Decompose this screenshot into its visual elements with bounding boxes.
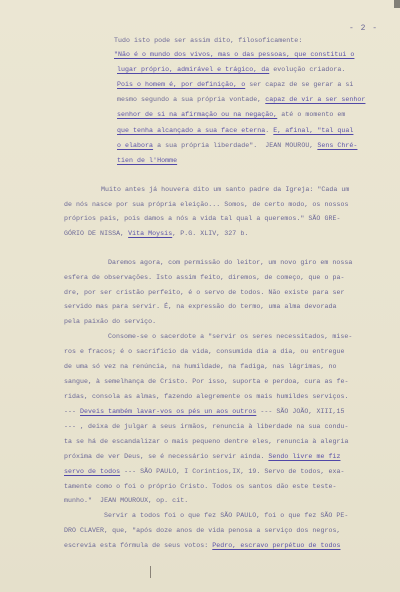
text-segment: até o momento em bbox=[277, 111, 345, 118]
text-segment: --- SÃO JOÃO, XIII,15 bbox=[256, 408, 344, 415]
text-line: ros e fracos; é o sacrifício da vida, co… bbox=[64, 347, 344, 356]
text-segment: DRO CLAVER, que, "após doze anos de vida… bbox=[64, 527, 340, 534]
text-segment: próprios pais, pois damos a nós a vida t… bbox=[64, 215, 340, 222]
underlined-text: o elabora bbox=[117, 142, 153, 149]
text-line: tien de l'Homme bbox=[117, 156, 177, 165]
text-segment: escrevia esta fórmula de seus votos: bbox=[64, 542, 212, 549]
text-segment: ser capaz de se gerar a si bbox=[245, 81, 353, 88]
text-line: servido mas para servir. É, na expressão… bbox=[64, 302, 336, 311]
text-segment: esfera de observações. Isto assim feito,… bbox=[64, 274, 344, 281]
text-line: Muito antes já houvera dito um santo pad… bbox=[101, 185, 349, 194]
page-number: - 2 - bbox=[349, 24, 378, 33]
text-segment: --- bbox=[64, 408, 80, 415]
underlined-text: Sens Chré- bbox=[317, 142, 357, 149]
text-line: mesmo segundo a sua própria vontade, cap… bbox=[117, 95, 365, 104]
underlined-text: senhor de si na afirmação ou na negação, bbox=[117, 111, 277, 118]
text-segment: ridas, consola as almas, fazendo alegrem… bbox=[64, 393, 349, 400]
text-segment: --- , deixa de julgar a seus irmãos, ren… bbox=[64, 423, 349, 430]
text-segment: evolução criadora. bbox=[269, 66, 345, 73]
underlined-text: lugar próprio, admirável e trágico, da bbox=[117, 66, 269, 73]
underlined-text: Vita Moysis bbox=[128, 230, 172, 237]
text-line: "Não é o mundo dos vivos, mas o das pess… bbox=[114, 50, 354, 59]
text-line: Tudo isto pode ser assim dito, filosofic… bbox=[114, 36, 302, 45]
text-line: dre, por ser cristão perfeito, é o servo… bbox=[64, 288, 344, 297]
underlined-text: Deveis também lavar-vos os pés un aos ou… bbox=[80, 408, 256, 415]
text-segment: Servir a todos foi o que fez SÃO PAULO, … bbox=[104, 512, 348, 519]
underlined-text: "Não é o mundo dos vivos, mas o das pess… bbox=[114, 51, 354, 58]
text-line: escrevia esta fórmula de seus votos: Ped… bbox=[64, 541, 341, 550]
text-line: que tenha alcançado a sua face eterna. E… bbox=[117, 126, 353, 135]
text-line: munho." JEAN MOUROUX, op. cit. bbox=[64, 496, 188, 505]
underlined-text: Pois o homem é, por definição, o bbox=[117, 81, 245, 88]
underlined-text: Sendo livre me fiz bbox=[268, 453, 340, 460]
text-segment: , P.G. XLIV, 327 b. bbox=[172, 230, 248, 237]
text-segment: sangue, à semelhança de Cristo. Por isso… bbox=[64, 378, 349, 385]
text-line: ta se há de escandalizar o mais pequeno … bbox=[64, 437, 349, 446]
typewritten-page: - 2 - Tudo isto pode ser assim dito, fil… bbox=[0, 0, 400, 592]
text-segment: dre, por ser cristão perfeito, é o servo… bbox=[64, 289, 344, 296]
text-line: Pois o homem é, por definição, o ser cap… bbox=[117, 80, 353, 89]
text-segment: a sua própria liberdade". JEAN MOUROU, bbox=[153, 142, 317, 149]
text-segment: pela paixão do serviço. bbox=[64, 318, 156, 325]
text-segment: mesmo segundo a sua própria vontade, bbox=[117, 96, 265, 103]
text-segment: Muito antes já houvera dito um santo pad… bbox=[101, 186, 349, 193]
text-segment: Daremos agora, com permissão do leitor, … bbox=[108, 259, 352, 266]
text-line: de nós nasce por sua própria eleição... … bbox=[64, 200, 349, 209]
text-segment: ros e fracos; é o sacrifício da vida, co… bbox=[64, 348, 344, 355]
text-line: servo de todos --- SÃO PAULO, I Corintio… bbox=[64, 467, 345, 476]
underlined-text: servo de todos bbox=[64, 468, 120, 475]
text-segment: Consome-se o sacerdote a "servir os sere… bbox=[108, 333, 352, 340]
text-line: DRO CLAVER, que, "após doze anos de vida… bbox=[64, 526, 340, 535]
page-corner-shadow bbox=[394, 0, 400, 8]
text-line: Daremos agora, com permissão do leitor, … bbox=[108, 258, 352, 267]
text-line: Consome-se o sacerdote a "servir os sere… bbox=[108, 332, 352, 341]
text-line: Servir a todos foi o que fez SÃO PAULO, … bbox=[104, 511, 348, 520]
text-line: senhor de si na afirmação ou na negação,… bbox=[117, 110, 345, 119]
text-line: esfera de observações. Isto assim feito,… bbox=[64, 273, 344, 282]
text-line: --- Deveis também lavar-vos os pés un ao… bbox=[64, 407, 345, 416]
text-segment: ta se há de escandalizar o mais pequeno … bbox=[64, 438, 349, 445]
underlined-text: tien de l'Homme bbox=[117, 157, 177, 164]
text-segment: --- SÃO PAULO, I Corintios,IX, 19. Servo… bbox=[120, 468, 344, 475]
text-line: o elabora a sua própria liberdade". JEAN… bbox=[117, 141, 357, 150]
text-line: tamente como o foi o próprio Cristo. Tod… bbox=[64, 482, 336, 491]
text-segment: Tudo isto pode ser assim dito, filosofic… bbox=[114, 37, 302, 44]
text-segment: munho." JEAN MOUROUX, op. cit. bbox=[64, 497, 188, 504]
underlined-text: que tenha alcançado a sua face eterna bbox=[117, 127, 265, 134]
text-segment: de nós nasce por sua própria eleição... … bbox=[64, 201, 349, 208]
text-line: próxima de ver Deus, se é necessário ser… bbox=[64, 452, 340, 461]
text-segment: tamente como o foi o próprio Cristo. Tod… bbox=[64, 483, 336, 490]
text-segment: de uma só vez na renúncia, na humildade,… bbox=[64, 363, 336, 370]
text-line: ridas, consola as almas, fazendo alegrem… bbox=[64, 392, 349, 401]
text-line: próprios pais, pois damos a nós a vida t… bbox=[64, 214, 340, 223]
underlined-text: Pedro, escravo perpétuo de todos bbox=[212, 542, 340, 549]
text-line: de uma só vez na renúncia, na humildade,… bbox=[64, 362, 336, 371]
text-line: lugar próprio, admirável e trágico, da e… bbox=[117, 65, 345, 74]
text-line: GÓRIO DE NISSA, Vita Moysis, P.G. XLIV, … bbox=[64, 229, 248, 238]
text-line: sangue, à semelhança de Cristo. Por isso… bbox=[64, 377, 349, 386]
text-segment: servido mas para servir. É, na expressão… bbox=[64, 303, 336, 310]
text-segment: próxima de ver Deus, se é necessário ser… bbox=[64, 453, 268, 460]
pencil-mark bbox=[150, 566, 151, 578]
text-segment: GÓRIO DE NISSA, bbox=[64, 230, 128, 237]
underlined-text: capaz de vir a ser senhor bbox=[265, 96, 365, 103]
text-line: pela paixão do serviço. bbox=[64, 317, 156, 326]
underlined-text: E, afinal, "tal qual bbox=[273, 127, 353, 134]
text-line: --- , deixa de julgar a seus irmãos, ren… bbox=[64, 422, 349, 431]
